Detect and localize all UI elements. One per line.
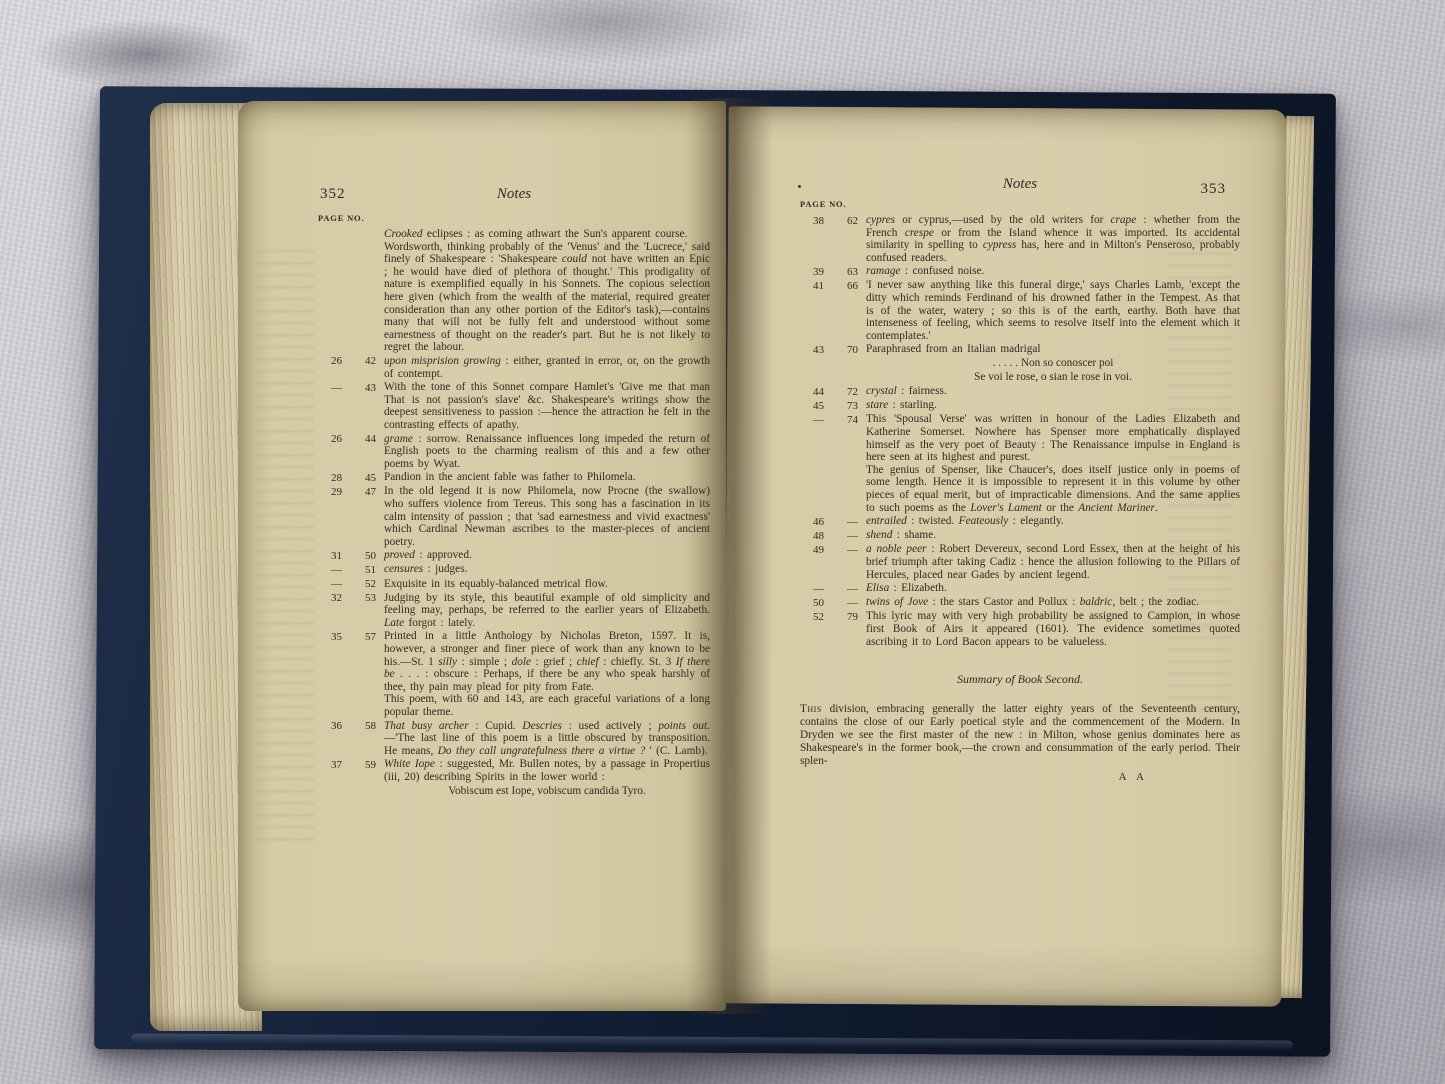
right-page-header: 353 Notes — [800, 176, 1240, 196]
note-number-ref: 45 — [350, 471, 376, 484]
note-page-ref: 29 — [318, 485, 342, 548]
note-text: censures : judges. — [384, 563, 710, 576]
note-number-ref: 72 — [832, 385, 858, 398]
note-text: Elisa : Elizabeth. — [866, 582, 1240, 595]
note-page-ref: 35 — [318, 630, 342, 718]
note-text: a noble peer : Robert Devereux, second L… — [866, 543, 1240, 581]
note-text: shend : shame. — [866, 529, 1240, 542]
left-page-header: 352 Notes — [318, 186, 710, 206]
note-entry: 4166'I never saw anything like this fune… — [800, 279, 1240, 342]
note-page-ref: 49 — [800, 543, 824, 581]
note-number-ref: — — [832, 582, 858, 595]
note-entry: 2644grame : sorrow. Renaissance influenc… — [318, 433, 710, 471]
note-page-ref: 45 — [800, 399, 824, 412]
note-number-ref: 62 — [832, 214, 858, 264]
note-text: Printed in a little Anthology by Nichola… — [384, 630, 710, 718]
note-entry: —52Exquisite in its equably-balanced met… — [318, 578, 710, 591]
printers-signature-mark: A A — [800, 771, 1240, 783]
note-number-ref: — — [832, 515, 858, 528]
note-number-ref: 42 — [350, 355, 376, 380]
note-page-ref: — — [318, 578, 342, 591]
note-page-ref: 31 — [318, 549, 342, 562]
left-page-content: 352 Notes PAGE NO. Crooked eclipses : as… — [318, 186, 710, 799]
note-entry: 3150proved : approved. — [318, 549, 710, 562]
note-page-ref: — — [318, 381, 342, 431]
note-entry: 4472crystal : fairness. — [800, 385, 1240, 398]
note-entry: 48—shend : shame. — [800, 529, 1240, 542]
left-notes-entries: Crooked eclipses : as coming athwart the… — [318, 228, 710, 798]
note-entry: 50—twins of Jove : the stars Castor and … — [800, 596, 1240, 609]
note-page-ref: 26 — [318, 355, 342, 380]
right-notes-entries: 3862cypres or cyprus,—used by the old wr… — [800, 214, 1240, 648]
note-text: twins of Jove : the stars Castor and Pol… — [866, 596, 1240, 609]
note-page-ref: 37 — [318, 758, 342, 798]
note-number-ref: 47 — [350, 485, 376, 548]
note-text: Crooked eclipses : as coming athwart the… — [384, 228, 710, 354]
note-text: Pandion in the ancient fable was father … — [384, 471, 710, 484]
note-text: Paraphrased from an Italian madrigal. . … — [866, 343, 1240, 384]
note-text: entrailed : twisted. Feateously : elegan… — [866, 515, 1240, 528]
note-text: Judging by its style, this beautiful exa… — [384, 592, 710, 630]
note-page-ref: 39 — [800, 265, 824, 278]
note-page-ref: — — [800, 582, 824, 595]
note-text: Exquisite in its equably-balanced metric… — [384, 578, 710, 591]
note-entry: —51censures : judges. — [318, 563, 710, 576]
note-entry: 3862cypres or cyprus,—used by the old wr… — [800, 214, 1240, 264]
note-text: stare : starling. — [866, 399, 1240, 412]
note-number-ref: 43 — [350, 381, 376, 431]
note-number-ref: 63 — [832, 265, 858, 278]
note-page-ref: — — [800, 413, 824, 514]
note-page-ref: — — [318, 563, 342, 576]
note-page-ref: 50 — [800, 596, 824, 609]
note-text: White Iope : suggested, Mr. Bullen notes… — [384, 758, 710, 798]
note-text: grame : sorrow. Renaissance influences l… — [384, 433, 710, 471]
note-entry: 3759White Iope : suggested, Mr. Bullen n… — [318, 758, 710, 798]
note-number-ref: — — [832, 596, 858, 609]
right-column-header: PAGE NO. — [800, 199, 1240, 209]
note-entry: ——Elisa : Elizabeth. — [800, 582, 1240, 595]
note-number-ref: 79 — [832, 610, 858, 648]
note-text: In the old legend it is now Philomela, n… — [384, 485, 710, 548]
note-page-ref: 52 — [800, 610, 824, 648]
note-text: 'I never saw anything like this funeral … — [866, 279, 1240, 342]
note-text: ramage : confused noise. — [866, 265, 1240, 278]
right-running-head: Notes — [800, 176, 1240, 193]
note-page-ref: 41 — [800, 279, 824, 342]
note-page-ref: 48 — [800, 529, 824, 542]
note-text: With the tone of this Sonnet compare Ham… — [384, 381, 710, 431]
note-number-ref: 57 — [350, 630, 376, 718]
note-text: crystal : fairness. — [866, 385, 1240, 398]
note-number-ref: 44 — [350, 433, 376, 471]
note-entry: 46—entrailed : twisted. Feateously : ele… — [800, 515, 1240, 528]
note-number-ref: 50 — [350, 549, 376, 562]
note-entry: 2845Pandion in the ancient fable was fat… — [318, 471, 710, 484]
note-page-ref: 44 — [800, 385, 824, 398]
note-entry: 3253Judging by its style, this beautiful… — [318, 592, 710, 630]
right-page-number: 353 — [1201, 181, 1227, 198]
note-page-ref: 36 — [318, 720, 342, 758]
note-entry: 2642upon misprision growing : either, gr… — [318, 355, 710, 380]
summary-heading: Summary of Book Second. — [800, 672, 1240, 687]
note-entry: 3658That busy archer : Cupid. Descries :… — [318, 720, 710, 758]
note-number-ref: — — [832, 529, 858, 542]
note-text: This 'Spousal Verse' was written in hono… — [866, 413, 1240, 514]
summary-paragraph-text: division, embracing generally the latter… — [800, 703, 1240, 767]
note-entry: 5279This lyric may with very high probab… — [800, 610, 1240, 648]
note-number-ref: 73 — [832, 399, 858, 412]
note-page-ref: 26 — [318, 433, 342, 471]
note-entry: 4370Paraphrased from an Italian madrigal… — [800, 343, 1240, 384]
note-number-ref: 70 — [832, 343, 858, 384]
note-number-ref: — — [832, 543, 858, 581]
left-page-number: 352 — [320, 186, 346, 203]
note-number-ref: 58 — [350, 720, 376, 758]
summary-of-book-second: Summary of Book Second. This division, e… — [800, 672, 1240, 783]
verse-line: Vobiscum est Iope, vobiscum candida Tyro… — [384, 785, 710, 798]
note-entry: 3963ramage : confused noise. — [800, 265, 1240, 278]
note-number-ref — [350, 228, 376, 354]
photo-of-open-book: 352 Notes PAGE NO. Crooked eclipses : as… — [0, 0, 1445, 1084]
note-number-ref: 51 — [350, 563, 376, 576]
note-text: proved : approved. — [384, 549, 710, 562]
note-number-ref: 52 — [350, 578, 376, 591]
note-page-ref — [318, 228, 342, 354]
note-text: That busy archer : Cupid. Descries : use… — [384, 720, 710, 758]
note-text: This lyric may with very high probabilit… — [866, 610, 1240, 648]
left-column-header: PAGE NO. — [318, 213, 710, 223]
left-running-head: Notes — [318, 186, 710, 203]
note-entry: 2947In the old legend it is now Philomel… — [318, 485, 710, 548]
note-page-ref: 46 — [800, 515, 824, 528]
verse-line: . . . . . Non so conoscer poi — [866, 357, 1240, 370]
note-number-ref: 74 — [832, 413, 858, 514]
note-page-ref: 32 — [318, 592, 342, 630]
note-number-ref: 59 — [350, 758, 376, 798]
verse-line: Se voi le rose, o sian le rose in voi. — [866, 371, 1240, 384]
note-number-ref: 53 — [350, 592, 376, 630]
note-entry: 3557Printed in a little Anthology by Nic… — [318, 630, 710, 718]
note-page-ref: 43 — [800, 343, 824, 384]
note-number-ref: 66 — [832, 279, 858, 342]
note-text: upon misprision growing : either, grante… — [384, 355, 710, 380]
note-page-ref: 38 — [800, 214, 824, 264]
note-entry: —43With the tone of this Sonnet compare … — [318, 381, 710, 431]
note-entry: —74This 'Spousal Verse' was written in h… — [800, 413, 1240, 514]
right-page-content: 353 Notes PAGE NO. 3862cypres or cyprus,… — [800, 176, 1240, 783]
note-entry: 49—a noble peer : Robert Devereux, secon… — [800, 543, 1240, 581]
note-entry: Crooked eclipses : as coming athwart the… — [318, 228, 710, 354]
summary-paragraph: This division, embracing generally the l… — [800, 703, 1240, 768]
note-page-ref: 28 — [318, 471, 342, 484]
note-text: cypres or cyprus,—used by the old writer… — [866, 214, 1240, 264]
summary-lead-word: This — [800, 703, 822, 715]
note-entry: 4573stare : starling. — [800, 399, 1240, 412]
